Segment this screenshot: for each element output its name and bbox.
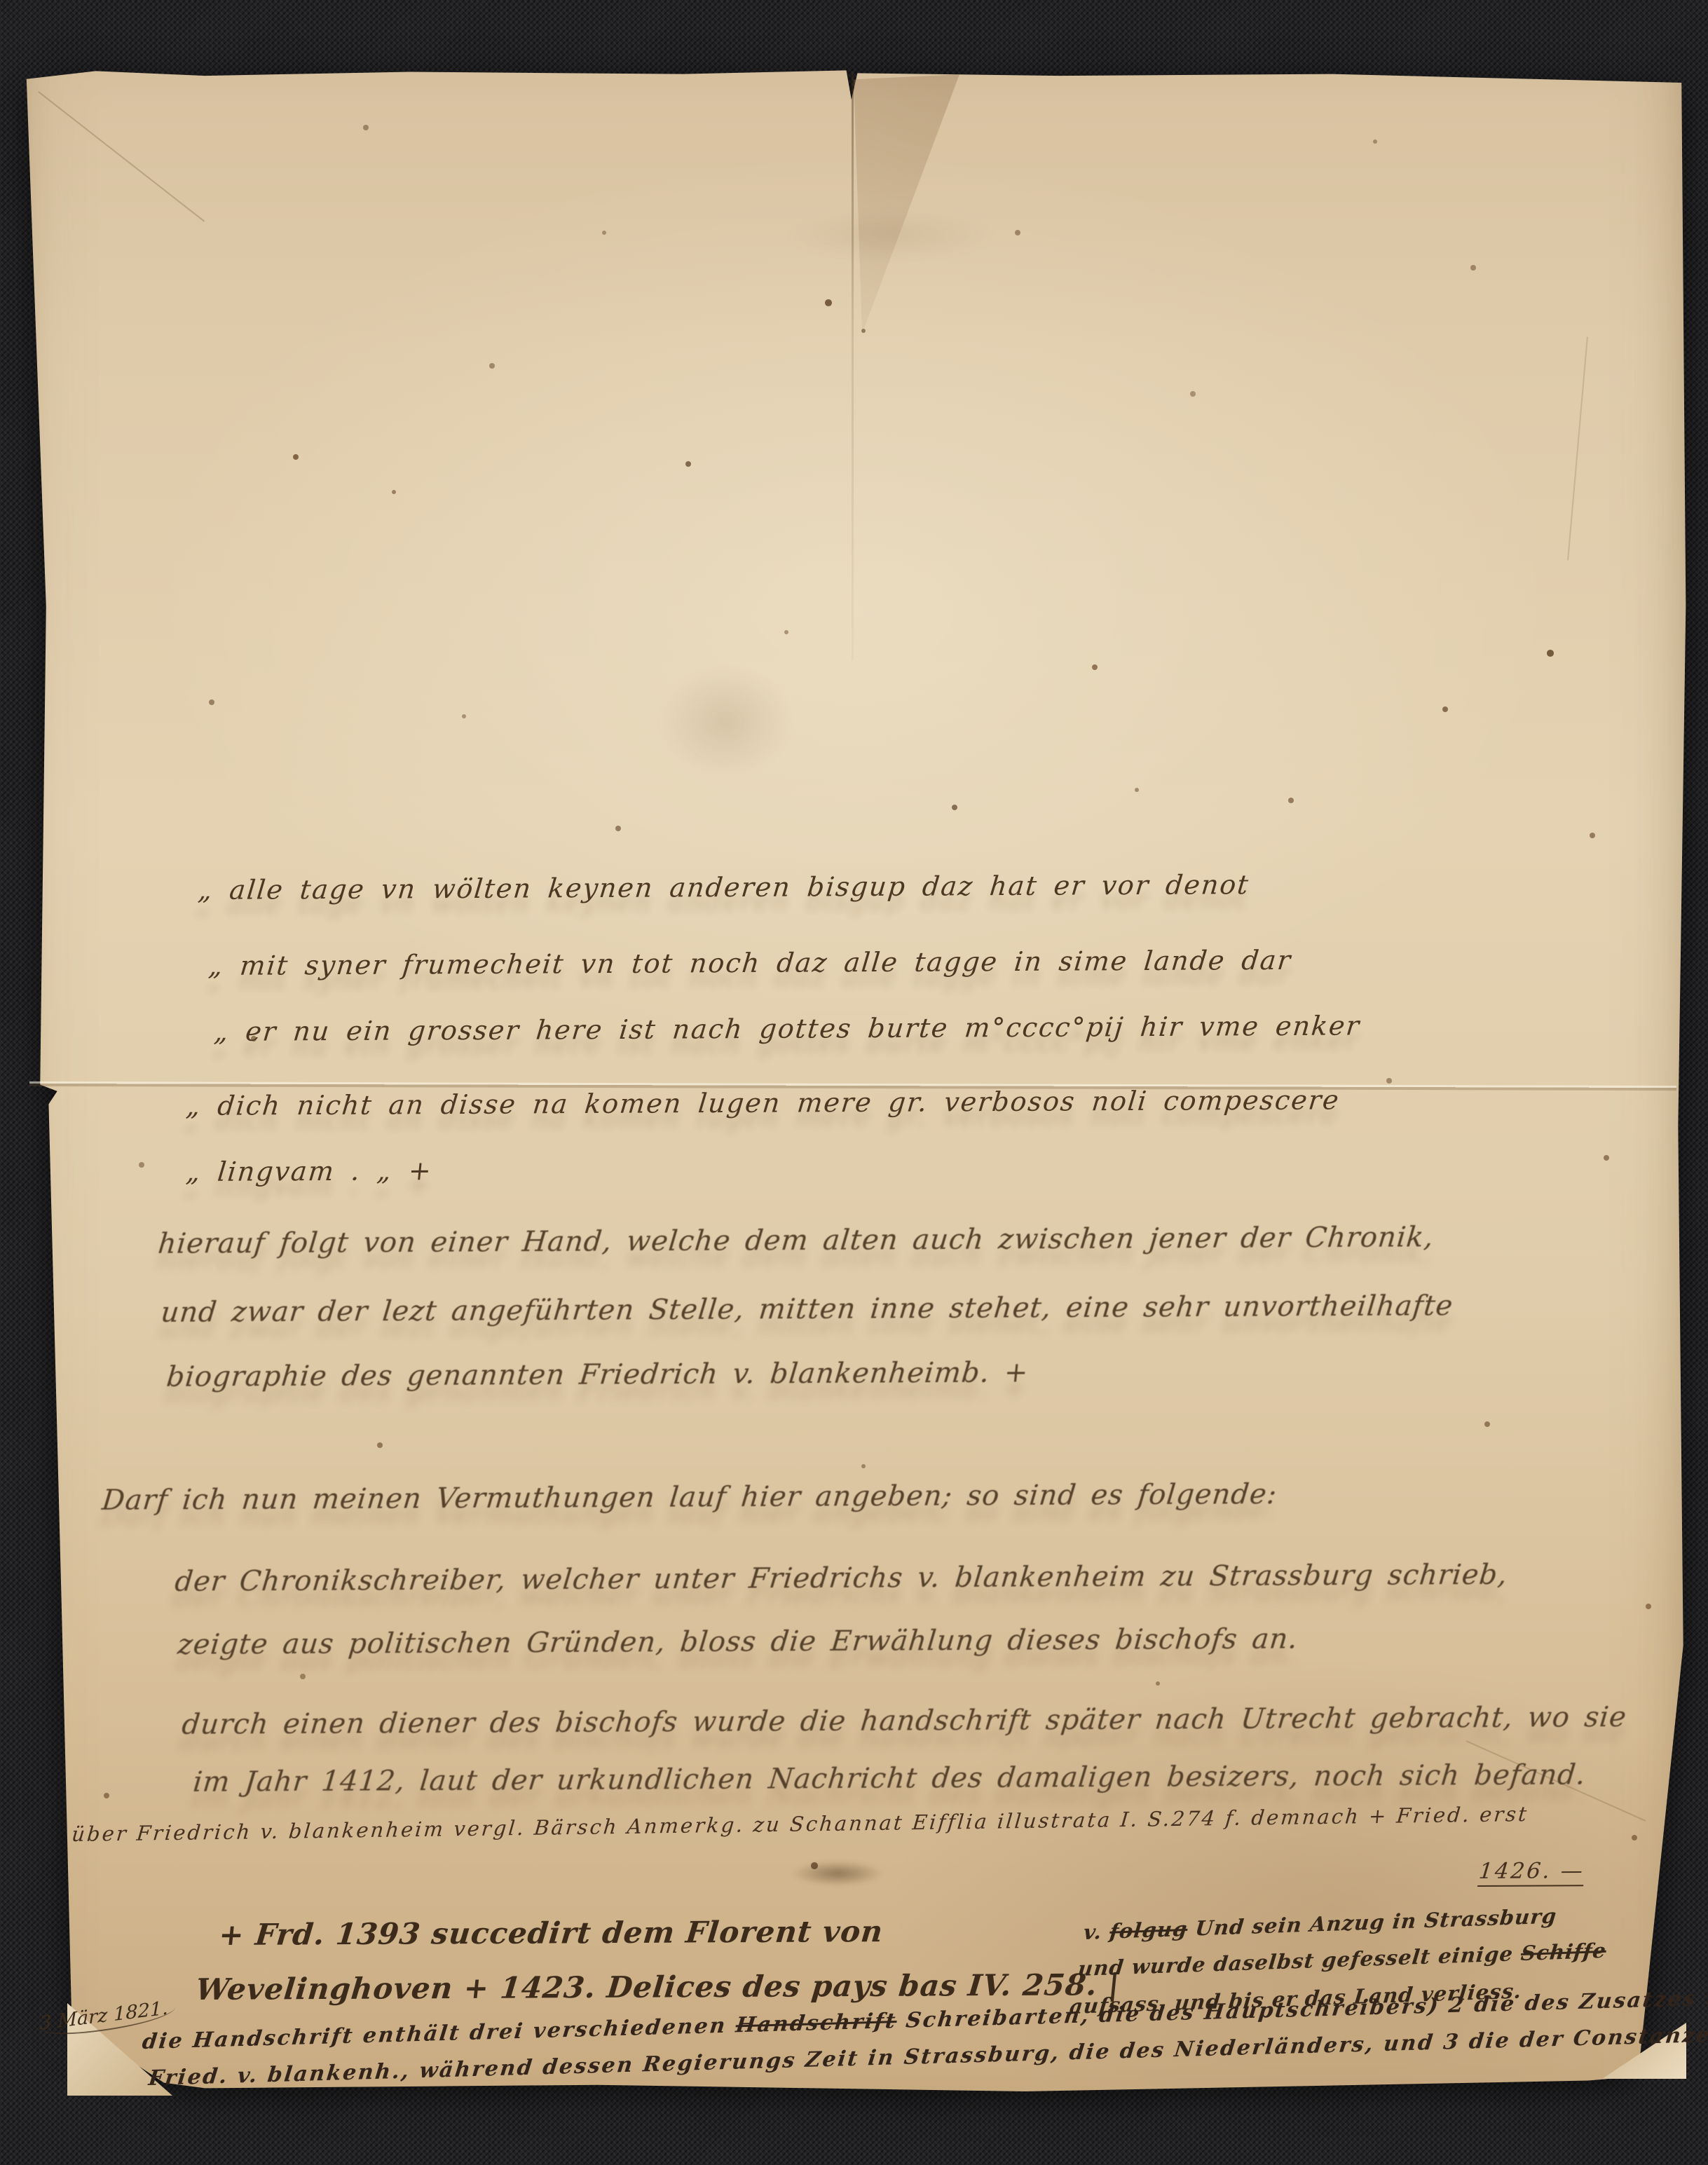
commentary-line: und zwar der lezt angeführten Stelle, mi… — [159, 1290, 1454, 1329]
commentary-line: zeigte aus politischen Gründen, bloss di… — [176, 1623, 1299, 1661]
quoted-chronicle-line: „ dich nicht an disse na komen lugen mer… — [185, 1084, 1341, 1121]
footnote-line: Wevelinghoven + 1423. Delices des pays b… — [194, 1967, 1121, 2007]
underlined-date: 1426. — — [1477, 1858, 1586, 1887]
reference-date: 1426. — — [1477, 1858, 1585, 1884]
note-text: v. — [1082, 1920, 1111, 1944]
ink-bleedthrough-stain — [659, 666, 792, 778]
commentary-line: hierauf folgt von einer Hand, welche dem… — [156, 1221, 1435, 1260]
commentary-intro-line: Darf ich nun meinen Vermuthungen lauf hi… — [100, 1478, 1278, 1517]
ink-smudge — [792, 1861, 883, 1886]
footnote-line: + Frd. 1393 succedirt dem Florent von — [217, 1914, 884, 1952]
vertical-center-crease — [852, 71, 854, 660]
foxing-speckles — [0, 0, 3, 3]
photograph-of-manuscript: „ alle tage vn wölten keynen anderen bis… — [0, 0, 1708, 2165]
quoted-chronicle-line: „ alle tage vn wölten keynen anderen bis… — [197, 869, 1251, 906]
struck-word: folgug — [1109, 1917, 1189, 1944]
quoted-chronicle-line: „ mit syner frumecheit vn tot noch daz a… — [207, 945, 1293, 981]
quoted-chronicle-line: „ lingvam . „ + — [185, 1155, 434, 1187]
faint-bleedthrough-stain — [785, 210, 995, 259]
struck-word: Schiffe — [1519, 1939, 1607, 1965]
commentary-line: biographie des genannten Friedrich v. bl… — [165, 1357, 1030, 1393]
quoted-chronicle-line: „ er nu ein grosser here ist nach gottes… — [213, 1010, 1362, 1047]
struck-word: Handschrift — [735, 2009, 899, 2037]
